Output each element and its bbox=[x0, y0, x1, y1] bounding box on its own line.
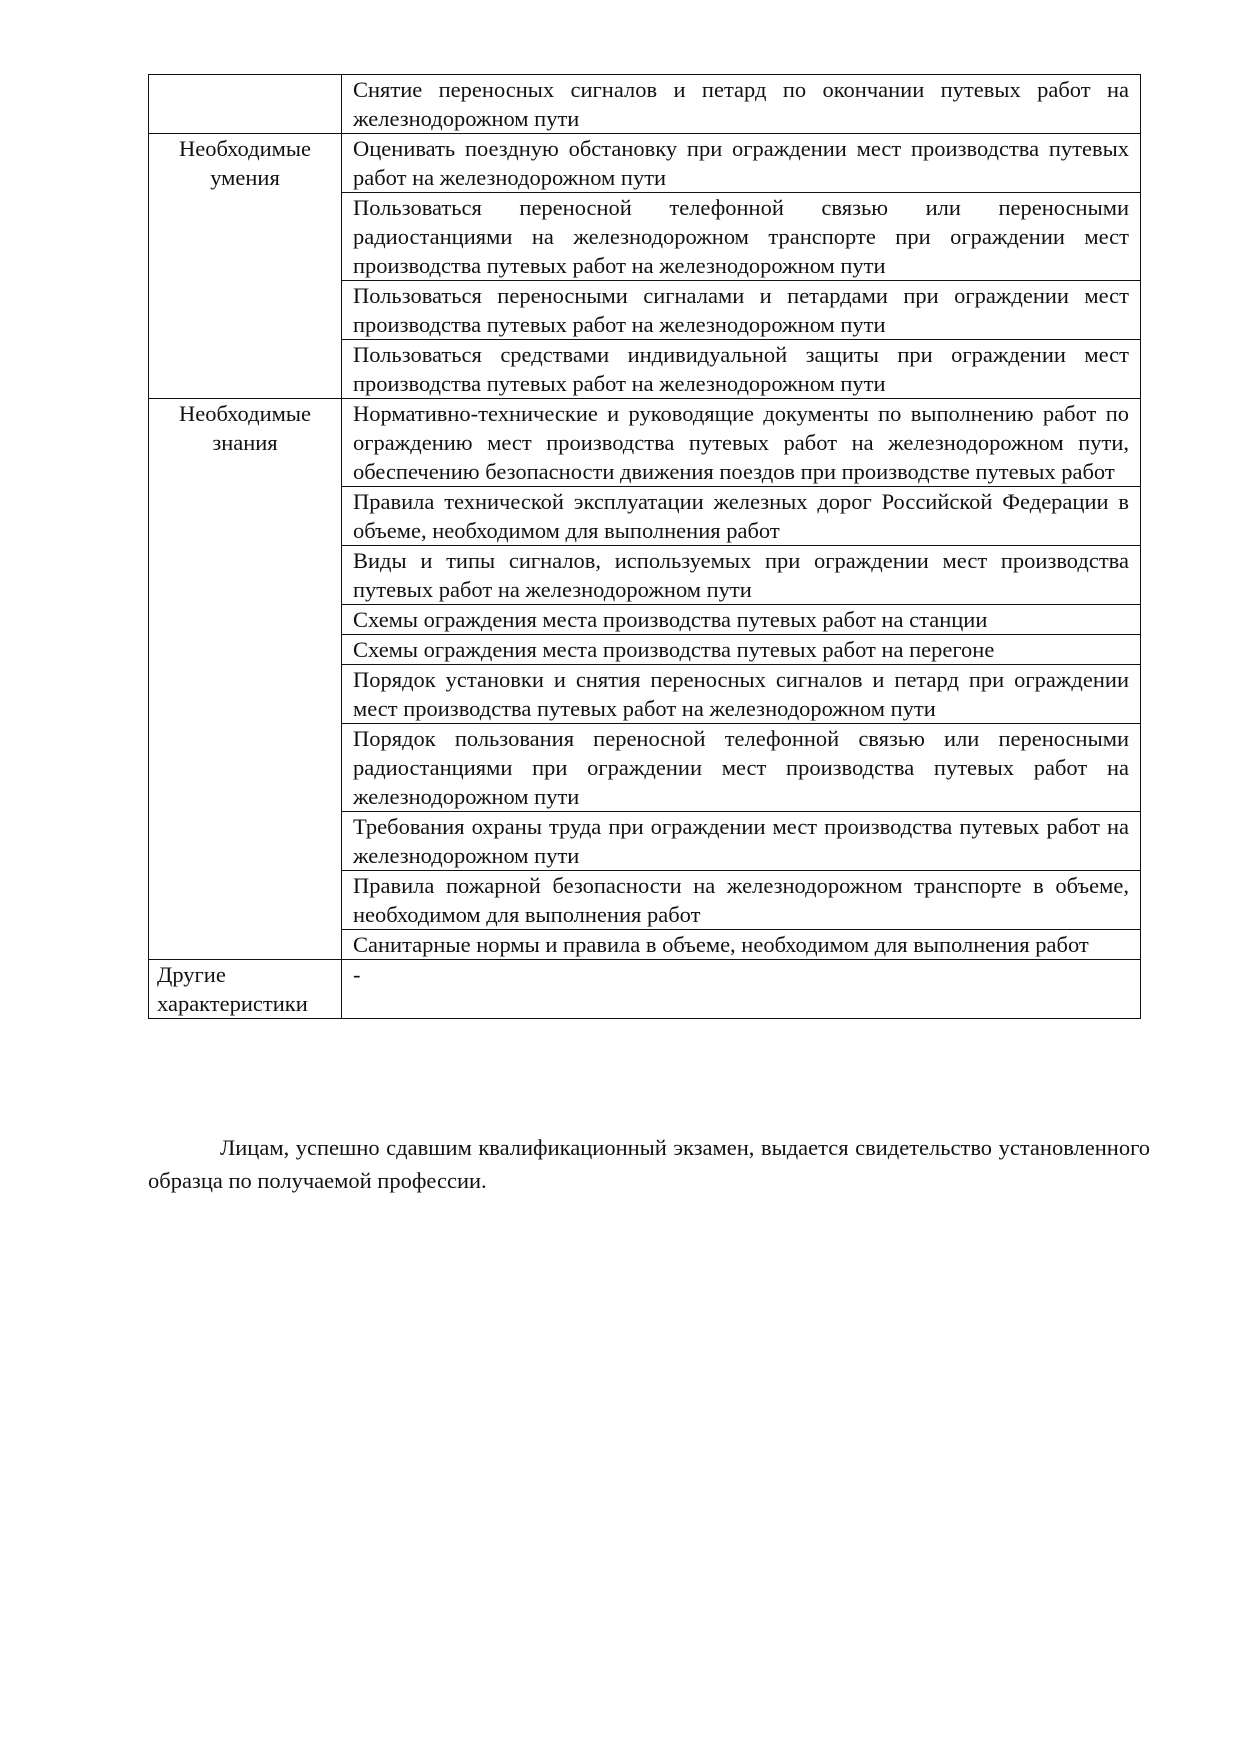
section-label: Другие характеристики bbox=[149, 960, 342, 1019]
row-content: Требования охраны труда при ограждении м… bbox=[342, 812, 1141, 871]
row-content: Снятие переносных сигналов и петард по о… bbox=[342, 75, 1141, 134]
row-content: Оценивать поездную обстановку при огражд… bbox=[342, 134, 1141, 193]
row-content: Виды и типы сигналов, используемых при о… bbox=[342, 546, 1141, 605]
row-content: Пользоваться переносной телефонной связь… bbox=[342, 193, 1141, 281]
row-content: Порядок пользования переносной телефонно… bbox=[342, 724, 1141, 812]
row-content: Санитарные нормы и правила в объеме, нео… bbox=[342, 930, 1141, 960]
table-row: Необходимые знанияНормативно-технические… bbox=[149, 399, 1141, 487]
section-label: Необходимые знания bbox=[149, 399, 342, 960]
row-content: Правила пожарной безопасности на железно… bbox=[342, 871, 1141, 930]
row-content: Пользоваться переносными сигналами и пет… bbox=[342, 281, 1141, 340]
qualification-table: Снятие переносных сигналов и петард по о… bbox=[148, 74, 1141, 1019]
certificate-paragraph: Лицам, успешно сдавшим квалификационный … bbox=[148, 1131, 1150, 1197]
row-content: Пользоваться средствами индивидуальной з… bbox=[342, 340, 1141, 399]
document-page: Снятие переносных сигналов и петард по о… bbox=[148, 74, 1141, 1019]
row-content: Схемы ограждения места производства путе… bbox=[342, 605, 1141, 635]
row-content: Схемы ограждения места производства путе… bbox=[342, 635, 1141, 665]
row-label-empty bbox=[149, 75, 342, 134]
row-content: - bbox=[342, 960, 1141, 1019]
table-row: Необходимые уменияОценивать поездную обс… bbox=[149, 134, 1141, 193]
row-content: Правила технической эксплуатации железны… bbox=[342, 487, 1141, 546]
table-row: Другие характеристики- bbox=[149, 960, 1141, 1019]
row-content: Нормативно-технические и руководящие док… bbox=[342, 399, 1141, 487]
row-content: Порядок установки и снятия переносных си… bbox=[342, 665, 1141, 724]
section-label: Необходимые умения bbox=[149, 134, 342, 399]
table-row: Снятие переносных сигналов и петард по о… bbox=[149, 75, 1141, 134]
